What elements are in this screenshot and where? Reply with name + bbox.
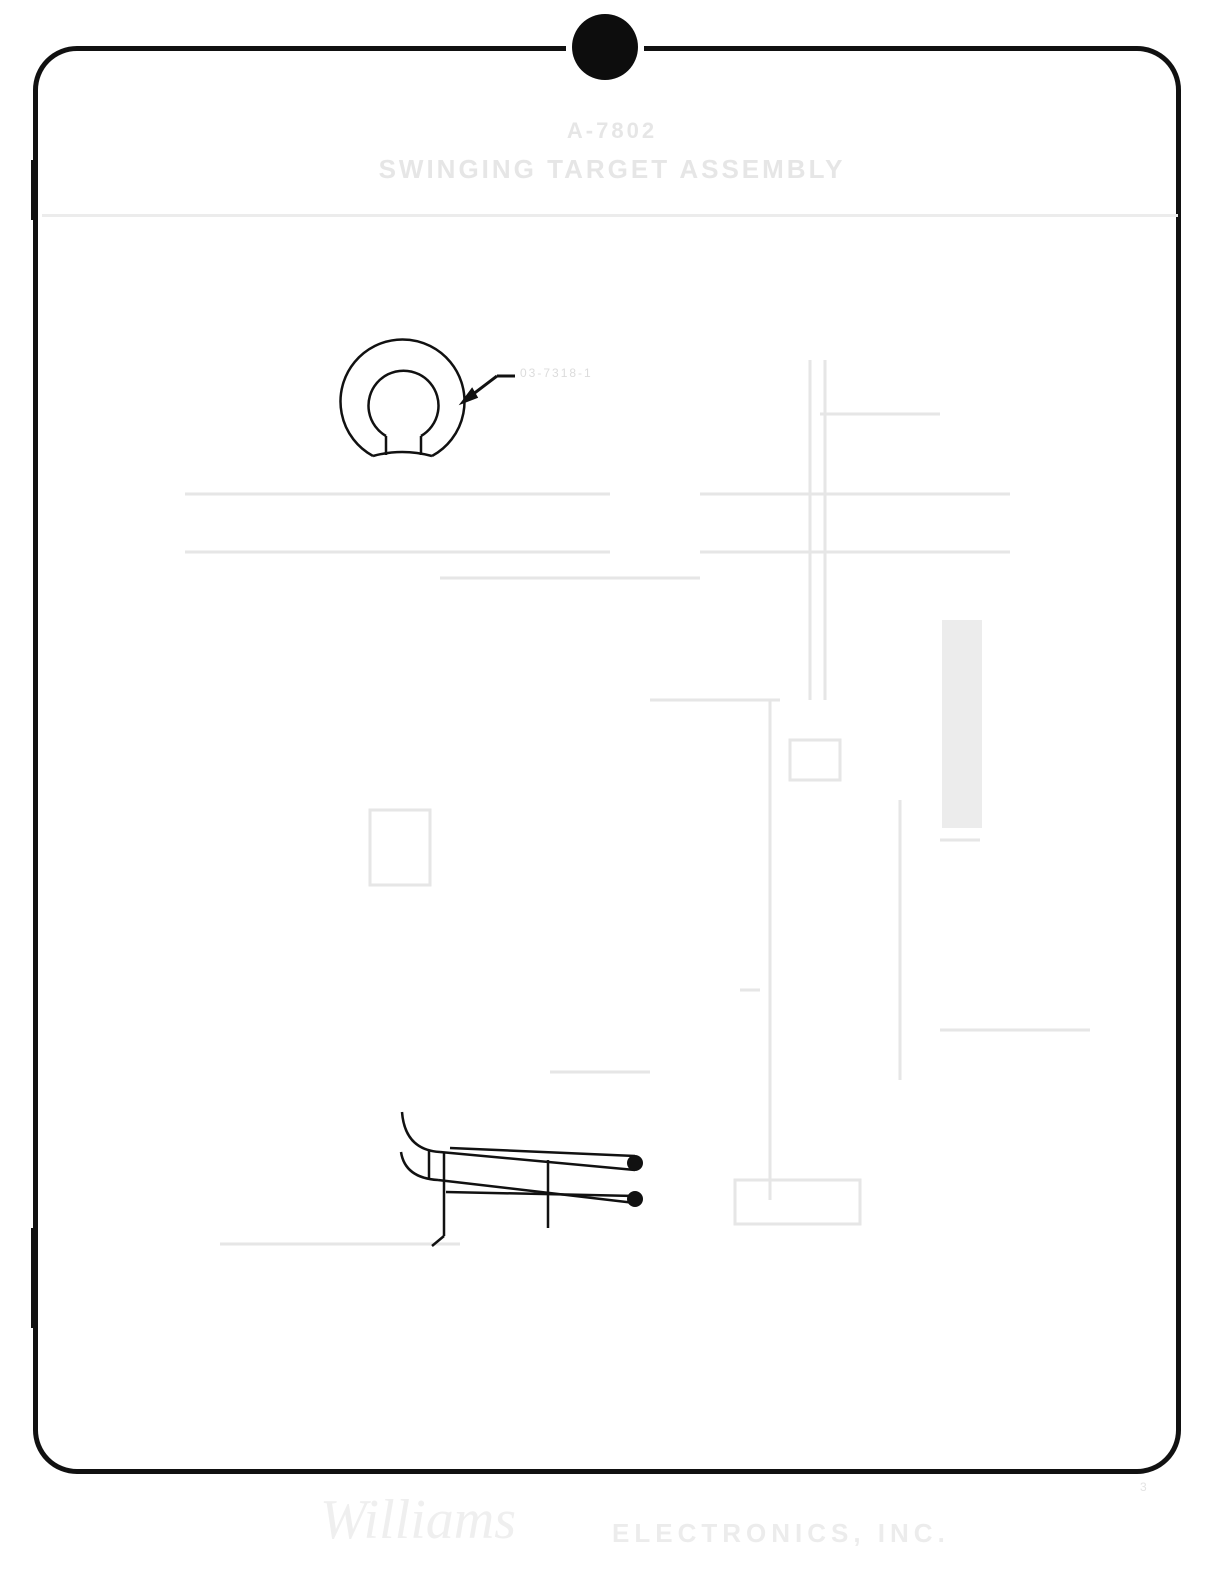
page-mark: 3 xyxy=(1140,1480,1147,1494)
ring-part-icon xyxy=(341,339,465,456)
wire-end-ball-icon xyxy=(627,1191,643,1207)
wire-form-icon xyxy=(401,1112,635,1246)
brand-logo: Williams xyxy=(320,1488,516,1552)
assembly-drawing xyxy=(0,0,1224,1584)
company-name: ELECTRONICS, INC. xyxy=(612,1518,950,1549)
target-blade-faded xyxy=(942,620,982,828)
wire-end-ball-icon xyxy=(627,1155,643,1171)
callout-arrow-icon xyxy=(463,376,515,402)
ring-part-label: 03-7318-1 xyxy=(520,366,593,380)
